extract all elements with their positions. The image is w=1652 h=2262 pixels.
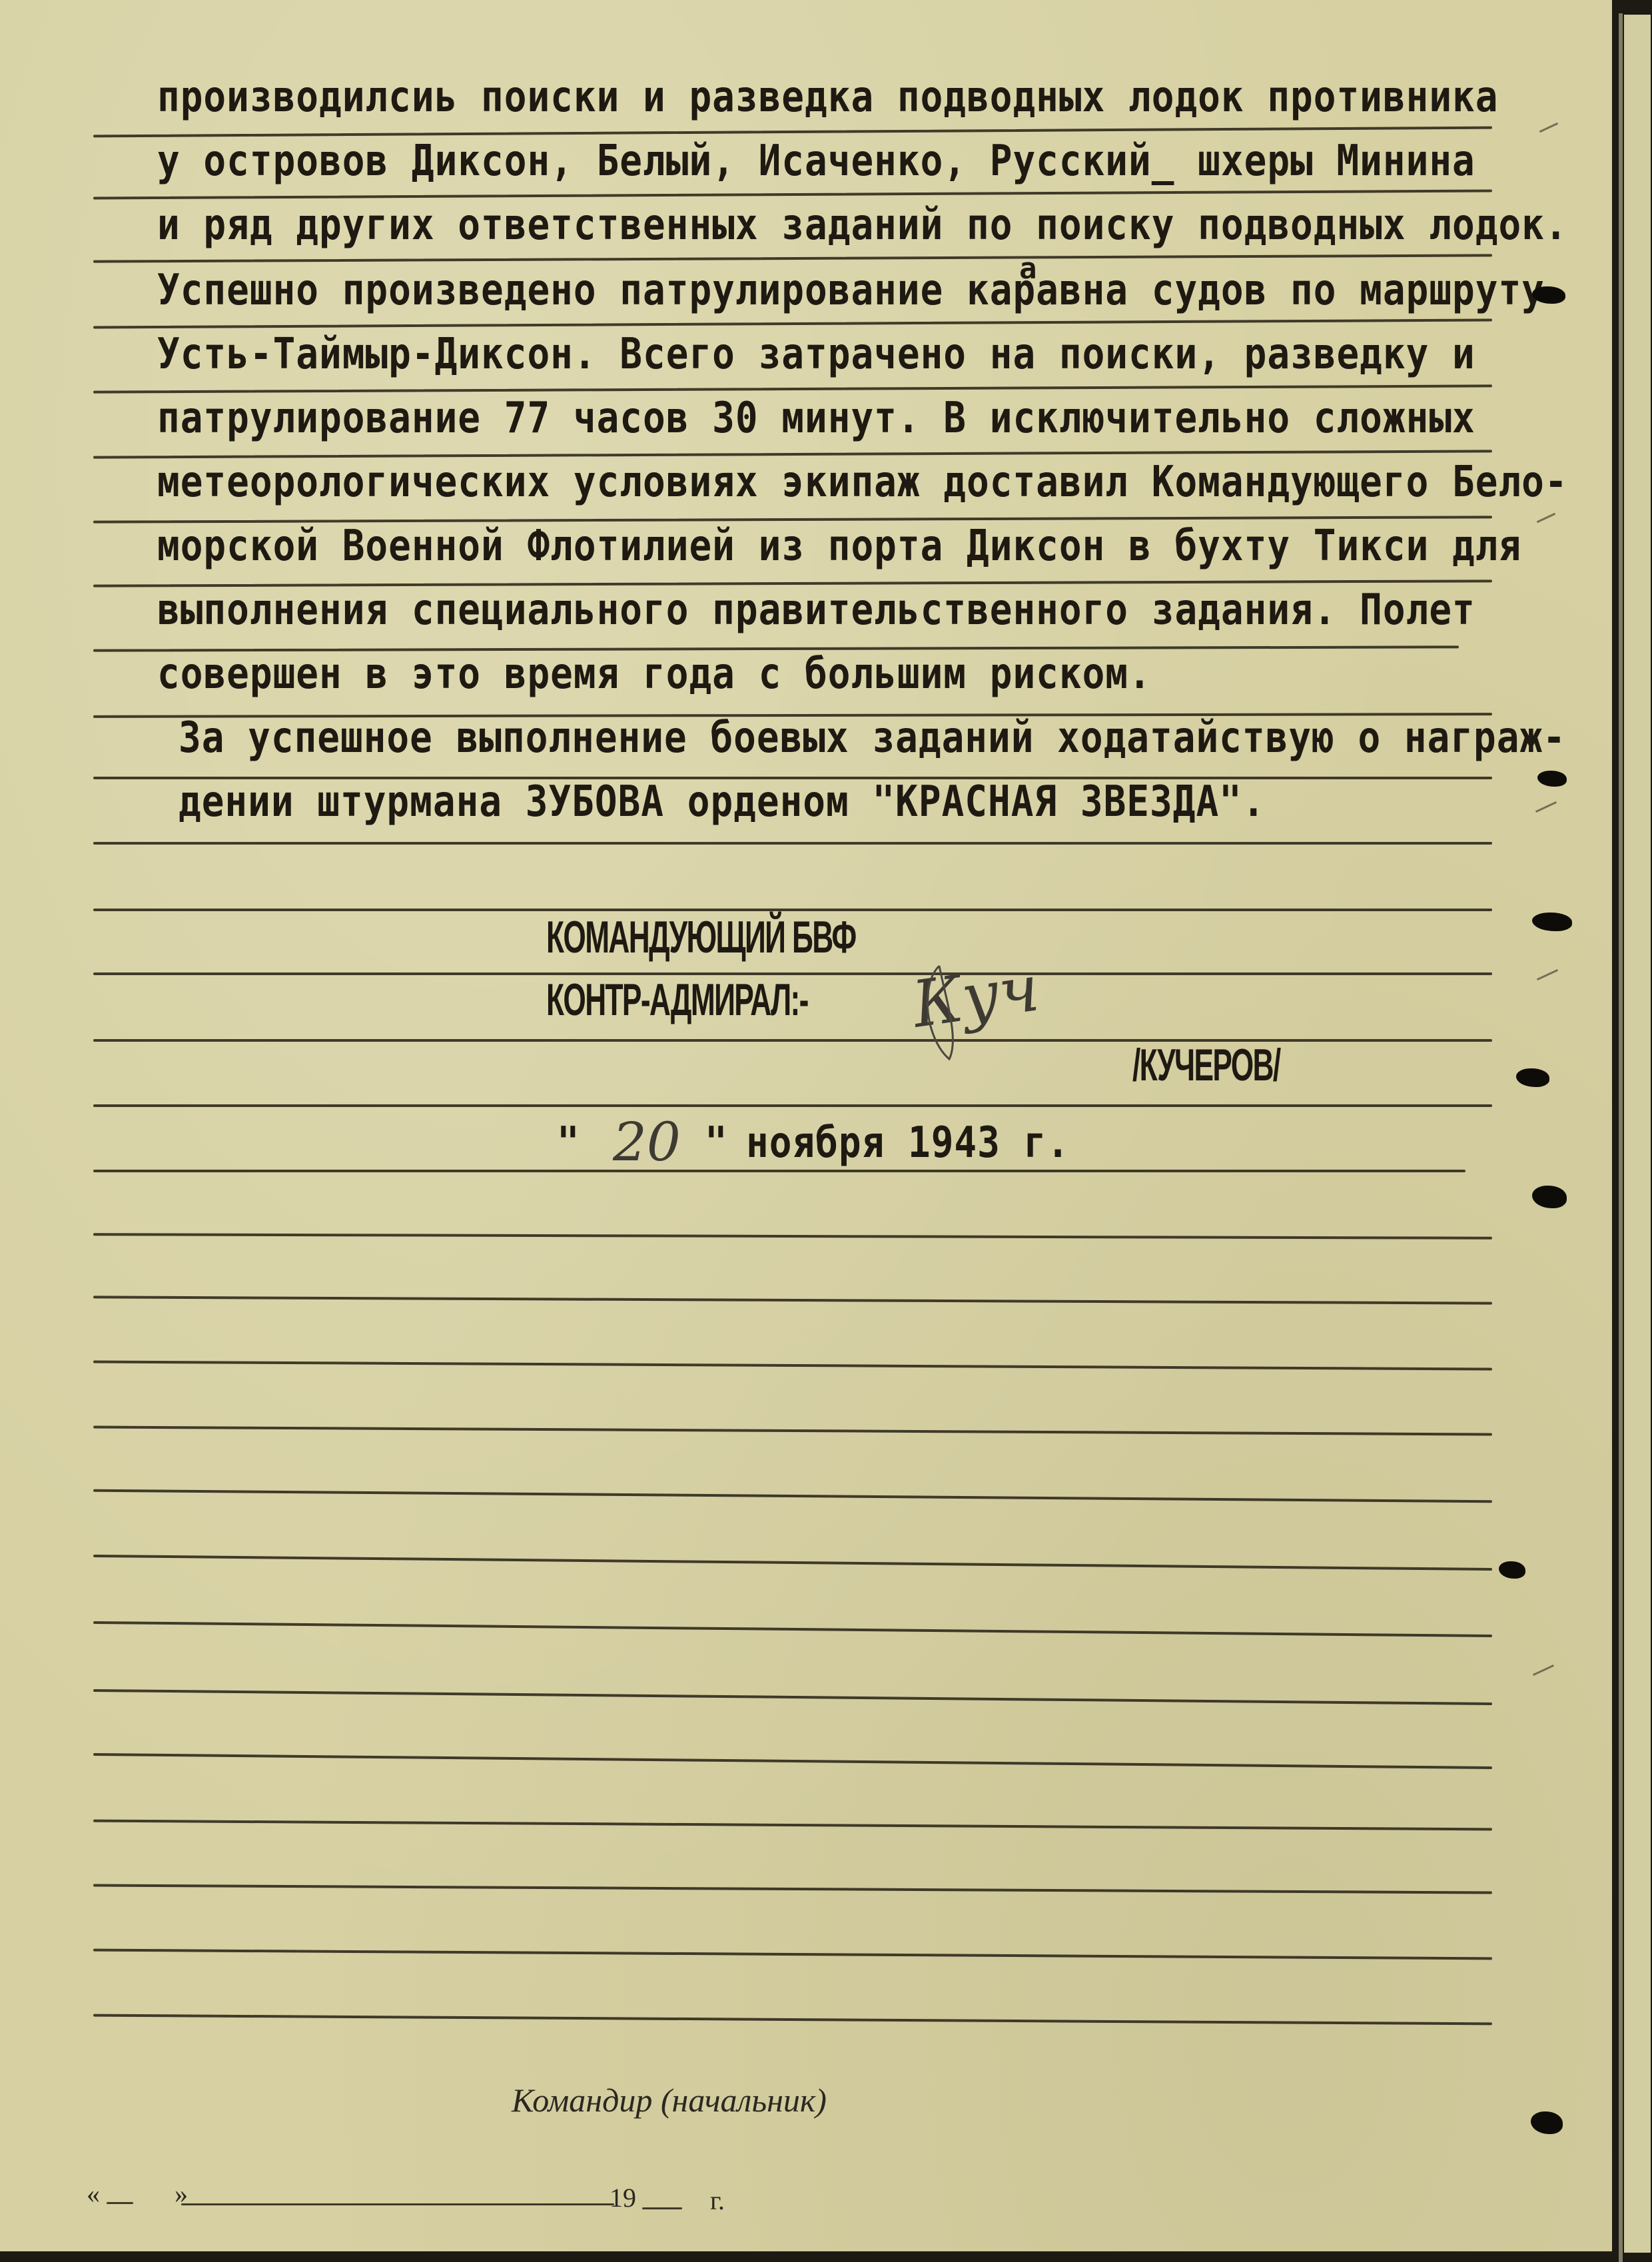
ruled-line [93,1361,1492,1371]
ruled-line [93,1753,1492,1769]
ruled-line [93,909,1492,911]
body-line-5: Усть-Таймыр-Диксон. Всего затрачено на п… [157,329,1475,379]
body-line-8: морской Военной Флотилией из порта Диксо… [157,521,1521,571]
ruled-line [93,190,1492,200]
body-line-9: выполнения специального правительственно… [157,585,1475,635]
punch-hole-icon [1516,1068,1549,1087]
ruled-line [93,1489,1492,1503]
punch-mark-icon [1537,513,1555,523]
date-open-quote: " [557,1118,580,1168]
punch-mark-icon [1537,969,1558,980]
ruled-line [93,1039,1492,1042]
document-page: производилсиь поиски и разведка подводны… [0,0,1612,2251]
date-template-open: « [87,2178,100,2209]
date-day-handwritten: 20 [613,1111,681,1173]
date-template-day-blank [107,2202,133,2204]
body-line-2: у островов Диксон, Белый, Исаченко, Русс… [157,136,1475,186]
ruled-line [93,1689,1492,1705]
signatory-name: /КУЧЕРОВ/ [1132,1040,1280,1092]
date-template-year-blank [642,2207,682,2209]
recommendation-line-1: За успешное выполнение боевых заданий хо… [179,713,1566,763]
punch-hole-icon [1532,913,1572,931]
date-close-quote: " [705,1118,728,1168]
body-line-6: патрулирование 77 часов 30 минут. В искл… [157,393,1475,443]
ruled-line [93,254,1492,262]
date-template-year-prefix: 19 [610,2182,636,2213]
ruled-line [93,384,1492,393]
ruled-line [93,1170,1465,1172]
ruled-line [93,1820,1492,1831]
body-line-10: совершен в это время года с большим риск… [157,649,1152,699]
ruled-line [93,1233,1492,1239]
ruled-line [93,1949,1492,1960]
ruled-line [93,1884,1492,1894]
body-line-1: производилсиь поиски и разведка подводны… [157,72,1498,122]
recommendation-line-2: дении штурмана ЗУБОВА орденом "КРАСНАЯ З… [179,777,1266,827]
commander-label: Командир (начальник) [512,2081,827,2119]
punch-mark-icon [1539,123,1558,133]
punch-mark-icon [1533,1665,1554,1676]
punch-hole-icon [1532,1186,1567,1208]
adjacent-page-edge [1624,15,1651,2253]
page-fold [1619,13,1623,2262]
body-line-3: и ряд других ответственных заданий по по… [157,200,1568,250]
signature-flourish-icon [913,959,993,1066]
body-line-7: метеорологических условиях экипаж достав… [157,457,1568,507]
signatory-title: КОМАНДУЮЩИЙ БВФ [546,912,856,964]
ruled-line [93,1296,1492,1304]
ruled-line [93,1104,1492,1107]
date-template-month-blank [181,2203,614,2205]
body-line-4: Успешно произведено патрулирование карав… [157,265,1545,315]
ruled-line [93,2014,1492,2026]
date-template-year-suffix: г. [710,2185,725,2216]
signatory-rank: КОНТР-АДМИРАЛ:- [546,974,808,1026]
ruled-line [93,1426,1492,1436]
ruled-line [93,842,1492,845]
ruled-line [93,319,1492,329]
ruled-line [93,1555,1492,1571]
punch-hole-icon [1499,1561,1525,1579]
punch-hole-icon [1531,2111,1563,2134]
date-month-year: ноября 1943 г. [746,1118,1070,1168]
ruled-line [93,1621,1492,1637]
punch-hole-icon [1537,771,1567,787]
punch-mark-icon [1535,801,1557,813]
